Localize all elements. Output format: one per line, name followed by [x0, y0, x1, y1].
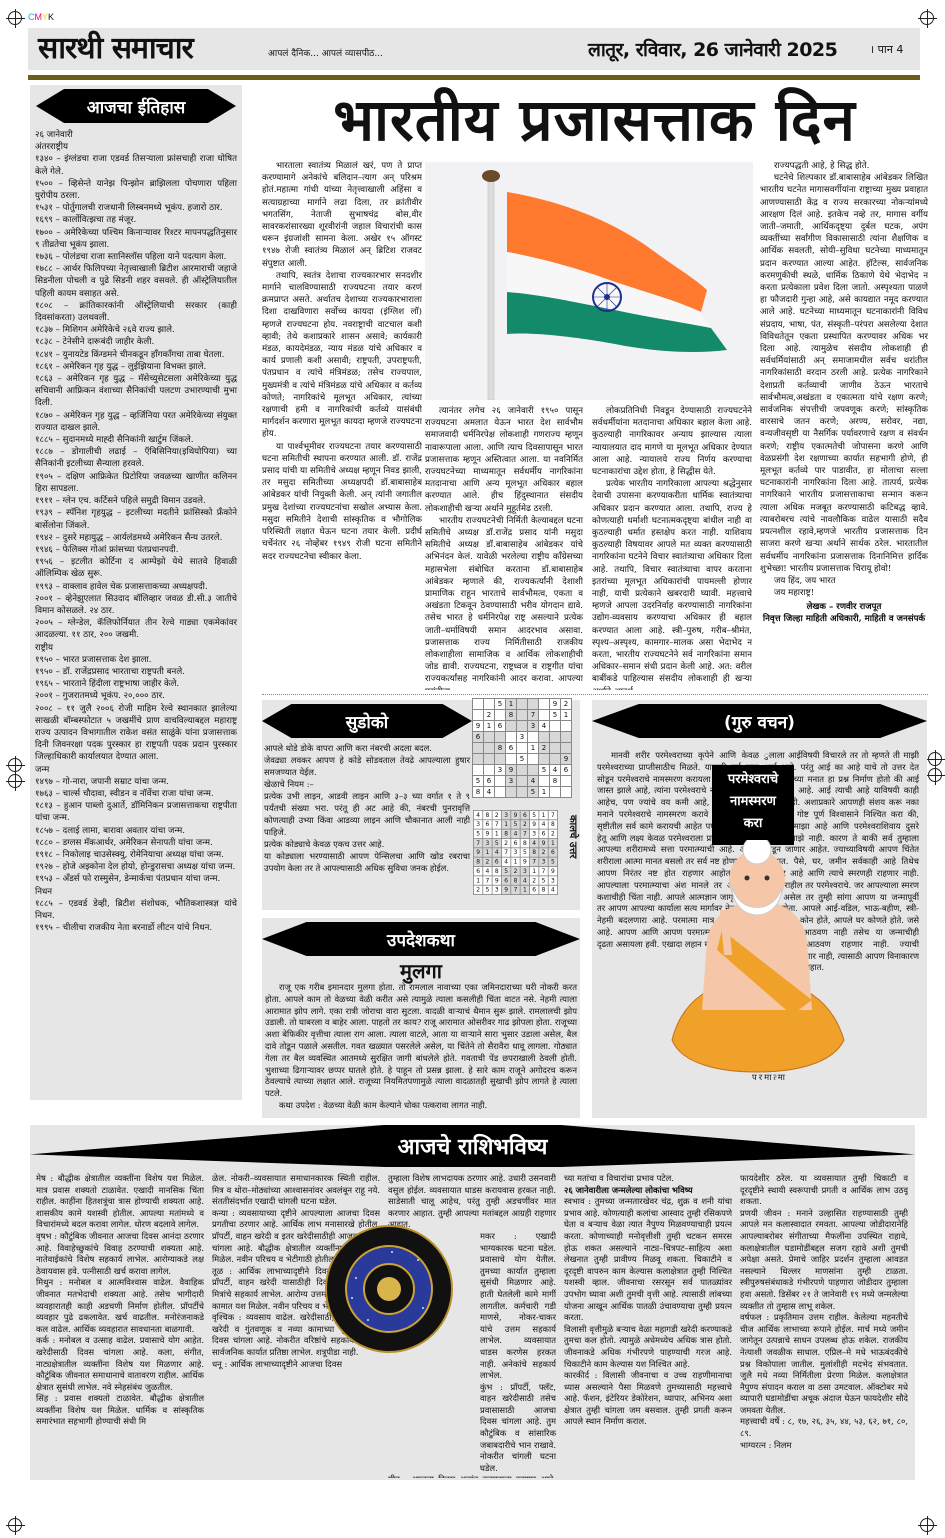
- sudoku-cell: 5: [492, 838, 501, 847]
- history-item: १९११ – ग्लेन एच. कर्टिसने पहिले समुद्री …: [35, 495, 237, 507]
- sudoku-cell: 8: [501, 829, 510, 838]
- sudoku-cell: 6: [473, 867, 482, 876]
- sudoku-cell: 7: [511, 885, 520, 894]
- sudoku-instruction-line: आपले थोडे डोके वापरा आणि करा नंबरची अदला…: [264, 742, 470, 754]
- history-item: १५३१ – पोर्तुगालची राजधानी लिस्बनमध्ये भ…: [35, 202, 237, 214]
- sudoku-cell: 7: [520, 829, 529, 838]
- cmyk-m: M: [35, 12, 43, 22]
- horoscope-entry: फायदेशीर ठरेल. या व्यवसायात तुम्ही चिकाट…: [740, 1173, 908, 1208]
- sudoku-cell: 6: [484, 776, 495, 787]
- sudoku-cell: [561, 787, 572, 798]
- sudoku-cell: [506, 732, 517, 743]
- sudoku-cell: [550, 743, 561, 754]
- sudoku-cell: 7: [492, 820, 501, 829]
- sudoku-cell: 7: [548, 810, 557, 819]
- sudoku-cell: 9: [492, 876, 501, 885]
- sudoku-cell: [561, 732, 572, 743]
- sudoku-cell: [495, 787, 506, 798]
- sudoku-cell: 5: [473, 776, 484, 787]
- sudoku-cell: 9: [506, 765, 517, 776]
- history-item: २००१ – गुजरातमध्ये भूकंप. २०,००० ठार.: [35, 690, 237, 702]
- history-item: १९५६ – इटलीत कोर्टिना द आम्पेझो येथे सात…: [35, 556, 237, 580]
- history-item: १७६३ – चार्ल्स चौदावा, स्वीडन व नॉर्वेचा…: [35, 788, 237, 800]
- sudoku-cell: 5: [539, 876, 548, 885]
- sudoku-cell: [539, 710, 550, 721]
- sudoku-cell: [506, 754, 517, 765]
- sudoku-cell: 6: [548, 848, 557, 857]
- sudoku-cell: 1: [501, 820, 510, 829]
- sudoku-cell: [550, 787, 561, 798]
- sudoku-cell: [473, 765, 484, 776]
- horoscope-entry: प्रणयी जीवन : मनाने उल्हासित राहण्यासाठी…: [740, 1208, 908, 1312]
- sudoku-cell: 1: [492, 829, 501, 838]
- sudoku-cell: 1: [520, 885, 529, 894]
- sudoku-cell: 2: [548, 829, 557, 838]
- history-item: २००१ – व्हेनेझुएलात सिउदाद बॉलिव्हार जवळ…: [35, 593, 237, 617]
- article-paragraph: घटनेचे शिल्पकार डॉ.बाबासाहेब आंबेडकर लिख…: [760, 172, 928, 575]
- sudoku-cell: [539, 732, 550, 743]
- history-item: १९२७ – होजे अझ्कोना देल होयो, होन्डुरासच…: [35, 861, 237, 873]
- sudoku-cell: 9: [483, 829, 492, 838]
- sudoku-cell: 7: [528, 710, 539, 721]
- sudoku-cell: 1: [561, 710, 572, 721]
- sudoku-cell: 3: [492, 885, 501, 894]
- sudoku-cell: 5: [483, 885, 492, 894]
- history-item: १८५७ – दलाई लामा, बारावा अवतार यांचा जन्…: [35, 825, 237, 837]
- sudoku-instruction-line: प्रत्येक उभी लाइन, आडवी लाइन आणि ३–३ च्य…: [264, 790, 470, 838]
- horoscope-heading: आजचे राशिभविष्य: [398, 1131, 548, 1161]
- sudoku-cell: 9: [561, 754, 572, 765]
- history-item: १७८८ – आर्थर फिलिपच्या नेतृत्त्वाखाली ब्…: [35, 263, 237, 300]
- sudoku-cell: [506, 787, 517, 798]
- article-paragraph: लोकप्रतिनिधी निवडून देण्यासाठी राज्यघटने…: [592, 405, 752, 478]
- horoscope-entry: कारकीर्द : विलासी जीवनाचा व उच्च राहणीमा…: [564, 1370, 732, 1428]
- history-item: १९१८ – निकोलाइ चाउसेस्क्यु, रोमेनियाचा अ…: [35, 849, 237, 861]
- horoscope-entry: मीन : आजचा दिवस अत्यंत उत्साहाचा ठरणार आ…: [388, 1474, 556, 1478]
- horoscope-entry: स्वभाव : तुमच्या जन्मतारखेवर चंद्र, शुक्…: [564, 1196, 732, 1324]
- sudoku-cell: [550, 754, 561, 765]
- sudoku-cell: [473, 710, 484, 721]
- sudoku-cell: [528, 732, 539, 743]
- sudoku-cell: 4: [530, 838, 539, 847]
- article-column-3: लोकप्रतिनिधी निवडून देण्यासाठी राज्यघटने…: [592, 405, 752, 690]
- horoscope-entry: २६ जानेवारीला जन्मलेल्या लोकांचा भविष्य: [564, 1185, 732, 1197]
- sudoku-cell: 4: [492, 848, 501, 857]
- sudoku-instruction-line: प्रत्येक कोड्याचे केवळ एकच उत्तर आहे.: [264, 838, 470, 850]
- horoscope-entry: वृषभ : कौटुंबिक जीवनात आजचा दिवस आनंदा ठ…: [36, 1231, 204, 1277]
- sudoku-cell: 2: [520, 820, 529, 829]
- sudoku-cell: 7: [501, 848, 510, 857]
- sudoku-cell: 9: [539, 838, 548, 847]
- history-item: २६ जानेवारी: [35, 129, 237, 141]
- registration-mark-icon: [928, 768, 942, 782]
- sudoku-cell: [484, 732, 495, 743]
- history-item: २००८ – ११ जुलै २००६ रोजी माहिम रेल्वे स्…: [35, 703, 237, 764]
- dateline: लातूर, रविवार, 26 जानेवारी 2025: [588, 36, 837, 62]
- sudoku-cell: 1: [484, 721, 495, 732]
- sudoku-cell: [517, 787, 528, 798]
- sudoku-cell: 3: [528, 721, 539, 732]
- sudoku-cell: [550, 721, 561, 732]
- sudoku-cell: [495, 754, 506, 765]
- guru-vachan-section: (गुरु वचन) मानवी शरीर परमेश्वराच्या कृपे…: [592, 700, 927, 1118]
- history-item: १८४१ – युनायटेड किंग्डमने चीनकडून हाँगका…: [35, 349, 237, 361]
- sudoku-cell: 4: [539, 820, 548, 829]
- sudoku-cell: 1: [548, 838, 557, 847]
- sudoku-cell: 1: [539, 810, 548, 819]
- horoscope-entry: च्या मतांचा व विचारांचा प्रभाव पटेल.: [564, 1173, 732, 1185]
- history-item: १६९९ – कार्लोवित्झचा तह मंजूर.: [35, 214, 237, 226]
- sudoku-cell: [517, 721, 528, 732]
- history-item: १८३७ – मिशिगन अमेरिकेचे २६वे राज्य झाले.: [35, 324, 237, 336]
- sudoku-cell: 2: [484, 710, 495, 721]
- author-designation: निवृत्त जिल्हा माहिती अधिकारी, माहिती व …: [760, 613, 928, 625]
- article-column-2: त्यानंतर लगेच २६ जानेवारी १९५० पासून राज…: [425, 405, 583, 690]
- history-item: अंतरराष्ट्रीय: [35, 141, 237, 153]
- sudoku-answer-grid: 4823965173671529485918473627352684919147…: [473, 810, 558, 895]
- sudoku-cell: 6: [561, 765, 572, 776]
- registration-mark-icon: [8, 11, 22, 25]
- sudoku-cell: 2: [530, 876, 539, 885]
- sudoku-cell: 9: [548, 867, 557, 876]
- sudoku-cell: 6: [483, 820, 492, 829]
- sudoku-cell: 3: [530, 829, 539, 838]
- history-item: १८०८ – क्रांतिकारकांनी ऑस्ट्रेलियाची सरक…: [35, 300, 237, 324]
- registration-mark-icon: [8, 758, 22, 772]
- history-item: १९४२ – दुसरे महायुद्ध – आर्यलंडमध्ये अमे…: [35, 532, 237, 544]
- history-item: १८१३ – हुआन पाब्लो दुआर्ते, डॉमिनिकन प्र…: [35, 800, 237, 824]
- answer-label: कालचे उत्तर: [565, 815, 579, 858]
- article-paragraph: या पार्श्वभूमीवर राज्यघटना तयार करण्यासा…: [262, 441, 422, 563]
- page-number: । पान 4: [870, 42, 903, 57]
- article-column-4: राज्यपद्धती आहे, हे सिद्ध होते.घटनेचे शि…: [760, 160, 928, 690]
- sudoku-cell: 3: [539, 857, 548, 866]
- upadeshkatha-heading: उपदेशकथा: [387, 928, 455, 951]
- sudoku-cell: [495, 732, 506, 743]
- horoscope-column-4: च्या मतांचा व विचारांचा प्रभाव पटेल.२६ ज…: [564, 1173, 732, 1478]
- history-item: १८६१ – अमेरिकन गृह युद्ध – लुईझियाना विभ…: [35, 361, 237, 373]
- sudoku-cell: [495, 710, 506, 721]
- sudoku-cell: 5: [511, 820, 520, 829]
- sudoku-cell: 9: [473, 848, 482, 857]
- history-item: १८८५ – एडवर्ड डेव्ही, ब्रिटीश संशोधक, भौ…: [35, 898, 237, 922]
- sudoku-cell: 6: [506, 743, 517, 754]
- history-item: १३४० – इंग्लंडचा राजा एडवर्ड तिसऱ्याला फ…: [35, 153, 237, 177]
- sudoku-cell: 2: [539, 848, 548, 857]
- guru-heading: (गुरु वचन): [724, 710, 795, 733]
- sudoku-cell: [484, 699, 495, 710]
- sudoku-cell: [561, 776, 572, 787]
- sudoku-cell: [473, 699, 484, 710]
- history-item: १५०० – व्हिसेन्ते यानेझ पिन्झोन ब्राझिलल…: [35, 178, 237, 202]
- history-list: २६ जानेवारीअंतरराष्ट्रीय१३४० – इंग्लंडचा…: [30, 123, 242, 934]
- horoscope-banner: आजचे राशिभविष्य: [30, 1125, 915, 1167]
- sudoku-cell: 3: [517, 732, 528, 743]
- sudoku-instruction-line: जेवढ्या लवकर आपण हे कोडे सोडवताल तेवढे आ…: [264, 754, 470, 778]
- sudoku-cell: [517, 699, 528, 710]
- horoscope-entry: मिथुन : मनोबल व आत्मविश्वास वाढेल. वैवाह…: [36, 1277, 204, 1335]
- horoscope-entry: भाग्यरत्न : निलम: [740, 1440, 908, 1452]
- sudoku-cell: 9: [511, 810, 520, 819]
- story-body: राजू एक गरीब इमानदार मुलगा होता. तो रामल…: [262, 982, 580, 1112]
- sudoku-cell: 6: [511, 838, 520, 847]
- sudoku-cell: 8: [495, 743, 506, 754]
- story-title: मुलगा: [262, 960, 580, 982]
- sudoku-cell: 5: [550, 710, 561, 721]
- sudoku-banner: सुडोको: [262, 704, 472, 738]
- sudoku-cell: 6: [530, 885, 539, 894]
- sudoku-cell: 2: [501, 838, 510, 847]
- section-divider: [262, 694, 928, 695]
- history-column: आजचा ईतिहास २६ जानेवारीअंतरराष्ट्रीय१३४०…: [30, 85, 242, 1100]
- sudoku-cell: [539, 776, 550, 787]
- article-headline: भारतीय प्रजासत्ताक दिन: [262, 88, 927, 152]
- newspaper-title: सारथी समाचार: [38, 28, 193, 70]
- sudoku-cell: [528, 765, 539, 776]
- article-paragraph: भारताला स्वातंत्र्य मिळालं खरं, पण ते प्…: [262, 160, 422, 270]
- sudoku-cell: 9: [473, 721, 484, 732]
- sudoku-cell: 9: [550, 699, 561, 710]
- sudoku-cell: 4: [484, 787, 495, 798]
- history-item: १९९५ – चीलीचा राजकीय नेता बरनार्डो लीटन …: [35, 922, 237, 934]
- sudoku-cell: 4: [550, 765, 561, 776]
- sudoku-cell: 4: [520, 876, 529, 885]
- horoscope-entry: तुम्हाला विशेष लाभदायक ठरणार आहे. उधारी …: [388, 1173, 556, 1231]
- sudoku-cell: [484, 765, 495, 776]
- sudoku-cell: 5: [501, 867, 510, 876]
- upadeshkatha-section: उपदेशकथा मुलगा राजू एक गरीब इमानदार मुलग…: [262, 918, 580, 1118]
- registration-mark-icon: [8, 1518, 22, 1532]
- sudoku-cell: 1: [511, 857, 520, 866]
- cmyk-k: K: [48, 12, 54, 22]
- history-item: १९४६ – फेलिक्स गोआं फ्रांसच्या पंतप्रधान…: [35, 544, 237, 556]
- sudoku-cell: [506, 721, 517, 732]
- history-heading: आजचा ईतिहास: [87, 95, 185, 118]
- article-paragraph: राज्यपद्धती आहे, हे सिद्ध होते.: [760, 160, 928, 172]
- history-item: १९०५ – दक्षिण आफ्रिकेत प्रिटोरिया जवळच्य…: [35, 471, 237, 495]
- sudoku-heading: सुडोको: [346, 710, 388, 733]
- sudoku-instruction-line: खेळाचे नियम :–: [264, 778, 470, 790]
- history-item: १७३६ – पोलंडचा राजा स्तानिस्लॉस पहिला या…: [35, 251, 237, 263]
- sudoku-cell: 3: [511, 848, 520, 857]
- cmyk-mark: CMYK: [28, 12, 54, 22]
- sudoku-cell: 2: [539, 743, 550, 754]
- history-item: १७०० – अमेरिकेच्या पश्चिम किनाऱ्यावर रिश…: [35, 227, 237, 251]
- sudoku-cell: 8: [473, 857, 482, 866]
- sudoku-instructions: आपले थोडे डोके वापरा आणि करा नंबरची अदला…: [262, 742, 472, 874]
- indian-flag-icon: [425, 162, 753, 400]
- horoscope-entry: महत्त्वाची वर्षे : ८, १७, २६, ३५, ४४, ५३…: [740, 1416, 908, 1439]
- sudoku-cell: 6: [473, 732, 484, 743]
- sudoku-cell: 4: [473, 810, 482, 819]
- sudoku-cell: 7: [539, 867, 548, 876]
- sudoku-cell: 8: [511, 876, 520, 885]
- sudoku-cell: 4: [548, 885, 557, 894]
- sudoku-cell: 2: [511, 867, 520, 876]
- sudoku-cell: 4: [511, 829, 520, 838]
- sudoku-cell: 7: [530, 857, 539, 866]
- registration-mark-icon: [928, 752, 942, 766]
- horoscope-entry: वर्षफल : प्रकृतिमान उत्तम राहील. केलेल्य…: [740, 1312, 908, 1416]
- sudoku-cell: 5: [473, 829, 482, 838]
- article-paragraph: त्यानंतर लगेच २६ जानेवारी १९५० पासून राज…: [425, 405, 583, 515]
- history-item: राष्ट्रीय: [35, 642, 237, 654]
- sudoku-cell: 6: [495, 721, 506, 732]
- article-paragraph: तथापि, स्वतंत्र देशाचा राज्यकारभार सनदशी…: [262, 270, 422, 441]
- history-item: १९५३ – अँडर्स फो रास्मुसेन, डेन्मार्कचा …: [35, 873, 237, 885]
- sudoku-cell: 9: [520, 857, 529, 866]
- sudoku-cell: 5: [528, 787, 539, 798]
- sudoku-cell: 8: [548, 820, 557, 829]
- sudoku-cell: 2: [492, 810, 501, 819]
- sudoku-cell: [561, 721, 572, 732]
- history-item: १८८५ – सुदानमध्ये माह्दी सैनिकांनी खार्ट…: [35, 434, 237, 446]
- sudoku-cell: 9: [501, 885, 510, 894]
- sudoku-cell: 4: [539, 721, 550, 732]
- sudoku-cell: 8: [530, 848, 539, 857]
- sudoku-cell: [561, 743, 572, 754]
- sudoku-cell: 2: [473, 885, 482, 894]
- horoscope-entry: मेष : बौद्धीक क्षेत्रातील व्यक्तींना विश…: [36, 1173, 204, 1231]
- sudoku-cell: [539, 754, 550, 765]
- history-item: २००५ – ग्लेन्डेल, कॅलिफोर्नियात तीन रेल्…: [35, 617, 237, 641]
- story-moral: कथा उपदेश : वेळच्या वेळी काम केल्याने धो…: [265, 1100, 577, 1112]
- history-item: १९३९ – स्पॅनिश गृहयुद्ध – इटलीच्या मदतीन…: [35, 507, 237, 531]
- sudoku-cell: 7: [483, 876, 492, 885]
- horoscope-entry: धनू : आर्थिक लाभाच्यादृष्टीने आजचा दिवस: [212, 1359, 380, 1371]
- author-name: लेखक – रणवीर राजपूत: [760, 601, 928, 613]
- sudoku-cell: 1: [483, 848, 492, 857]
- horoscope-entry: कर्क : मनोबल व उत्साह वाढेल. प्रवासाचे य…: [36, 1335, 204, 1393]
- sudoku-cell: 6: [539, 829, 548, 838]
- sudoku-cell: 5: [530, 810, 539, 819]
- sudoku-cell: 4: [483, 867, 492, 876]
- sudoku-cell: 5: [517, 754, 528, 765]
- sudoku-cell: 8: [550, 776, 561, 787]
- sudoku-cell: [484, 743, 495, 754]
- sage-caption: परमात्मा: [752, 1072, 787, 1083]
- story-text: राजू एक गरीब इमानदार मुलगा होता. तो रामल…: [265, 982, 577, 1098]
- registration-mark-icon: [8, 774, 22, 788]
- history-item: जन्म: [35, 764, 237, 776]
- sudoku-cell: [550, 732, 561, 743]
- sudoku-cell: 1: [473, 876, 482, 885]
- history-item: १८८० – डग्लस मॅकआर्थर, अमेरिकन सेनापती य…: [35, 837, 237, 849]
- sudoku-cell: 3: [473, 820, 482, 829]
- flag-image: [425, 162, 753, 400]
- sudoku-cell: 1: [530, 867, 539, 876]
- history-item: १४९७ – गो-नारा, जपानी सम्राट यांचा जन्म.: [35, 776, 237, 788]
- sudoku-cell: 2: [561, 699, 572, 710]
- sudoku-cell: 3: [520, 867, 529, 876]
- history-item: १८८७ – डोगालीची लढाई – ऍबिसिनिया(इथियोपि…: [35, 446, 237, 470]
- sudoku-cell: 3: [506, 776, 517, 787]
- sudoku-cell: [473, 743, 484, 754]
- sudoku-cell: 1: [528, 743, 539, 754]
- sudoku-cell: [517, 765, 528, 776]
- sudoku-cell: 8: [520, 838, 529, 847]
- guru-quote-box: परमेश्वराचे नामस्मरण करा: [712, 765, 794, 845]
- history-item: १९६५ – भारताने हिंदीला राष्ट्रभाषा जाहीर…: [35, 678, 237, 690]
- sudoku-instruction-line: या कोड्याला भरण्यासाठी आपण पेन्सिलचा आणि…: [264, 850, 470, 874]
- sudoku-cell: [517, 710, 528, 721]
- sudoku-cell: 8: [473, 787, 484, 798]
- sudoku-cell: 5: [548, 857, 557, 866]
- horoscope-entry: ळेल. नोकरी–व्यवसायात समाधानकारक स्थिती र…: [212, 1173, 380, 1208]
- sudoku-cell: 8: [483, 810, 492, 819]
- horoscope-column-1: मेष : बौद्धीक क्षेत्रातील व्यक्तींना विश…: [36, 1173, 204, 1478]
- sudoku-cell: [528, 699, 539, 710]
- article-paragraph: भारतीय राज्यघटनेची निर्मिती केल्याबद्दल …: [425, 515, 583, 690]
- history-item: १८३८ – टेनेसीने दारूबंदी जाहीर केली.: [35, 336, 237, 348]
- masthead-rule: [28, 75, 920, 80]
- sudoku-cell: 8: [506, 710, 517, 721]
- horoscope-column-5: फायदेशीर ठरेल. या व्यवसायात तुम्ही चिकाट…: [740, 1173, 908, 1478]
- sudoku-cell: 5: [539, 765, 550, 776]
- zodiac-wheel-icon: [325, 1225, 453, 1353]
- history-item: १८६३ – अमेरिकन गृह युद्ध – मॅसेच्युसेटसल…: [35, 373, 237, 410]
- sudoku-cell: 8: [492, 867, 501, 876]
- sudoku-cell: 3: [501, 810, 510, 819]
- sudoku-cell: 6: [492, 857, 501, 866]
- history-item: १८७० – अमेरिकन गृह युद्ध – व्हर्जिनिया प…: [35, 410, 237, 434]
- sudoku-cell: [528, 754, 539, 765]
- sudoku-cell: 8: [539, 885, 548, 894]
- sudoku-cell: 4: [501, 857, 510, 866]
- article-column-1: भारताला स्वातंत्र्य मिळालं खरं, पण ते प्…: [262, 160, 422, 690]
- newspaper-tagline: आपलं दैनिक... आपलं व्यासपीठ...: [268, 46, 383, 59]
- sage-illustration-icon: [662, 840, 852, 1080]
- history-item: निधन: [35, 886, 237, 898]
- sudoku-cell: [517, 743, 528, 754]
- guru-banner: (गुरु वचन): [592, 704, 927, 738]
- registration-mark-icon: [920, 1518, 934, 1532]
- sudoku-cell: [517, 776, 528, 787]
- horoscope-entry: सिंह : प्रवास शक्यतो टाळावेत. बौद्धीक क्…: [36, 1393, 204, 1428]
- masthead: सारथी समाचार आपलं दैनिक... आपलं व्यासपीठ…: [28, 28, 920, 70]
- sudoku-cell: 3: [483, 838, 492, 847]
- horoscope-section: आजचे राशिभविष्य मेष : बौद्धीक क्षेत्राती…: [30, 1125, 915, 1480]
- horoscope-entry: कुंभ : प्रॉपर्टी, फ्लॅट, वाहन खरेदीसाठी …: [388, 1382, 556, 1475]
- horoscope-entry: विलासी वृत्तीमुळे बऱ्याच वेळा महागडी खरे…: [564, 1324, 732, 1370]
- sudoku-puzzle-grid: 519228751916346386125939546563488451: [472, 698, 572, 798]
- sudoku-cell: 3: [495, 765, 506, 776]
- sudoku-cell: 3: [548, 876, 557, 885]
- article-paragraph: जय हिंद, जय भारत: [760, 575, 928, 587]
- sudoku-cell: 1: [506, 699, 517, 710]
- article-paragraph: प्रत्येक भारतीय नागरिकाला आपल्या श्रद्धे…: [592, 478, 752, 690]
- sudoku-cell: 4: [528, 776, 539, 787]
- sudoku-cell: 5: [495, 699, 506, 710]
- registration-mark-icon: [920, 11, 934, 25]
- upadeshkatha-banner: उपदेशकथा: [262, 922, 580, 956]
- history-banner: आजचा ईतिहास: [36, 89, 236, 123]
- sudoku-cell: [473, 754, 484, 765]
- sudoku-cell: 6: [520, 810, 529, 819]
- sudoku-cell: 2: [483, 857, 492, 866]
- article-paragraph: जय महाराष्ट्र!: [760, 587, 928, 599]
- history-item: १९९३ – वाक्लाव हावेल चेक प्रजासत्ताकच्या…: [35, 581, 237, 593]
- history-item: १९५० – डॉ. राजेंद्रप्रसाद भारताचा राष्ट्…: [35, 666, 237, 678]
- sudoku-cell: 6: [501, 876, 510, 885]
- sudoku-cell: 7: [473, 838, 482, 847]
- sudoku-cell: [495, 776, 506, 787]
- sudoku-cell: [539, 699, 550, 710]
- sudoku-cell: 5: [520, 848, 529, 857]
- sudoku-cell: [484, 754, 495, 765]
- sudoku-cell: 1: [539, 787, 550, 798]
- history-item: १९५० – भारत प्रजासत्ताक देश झाला.: [35, 654, 237, 666]
